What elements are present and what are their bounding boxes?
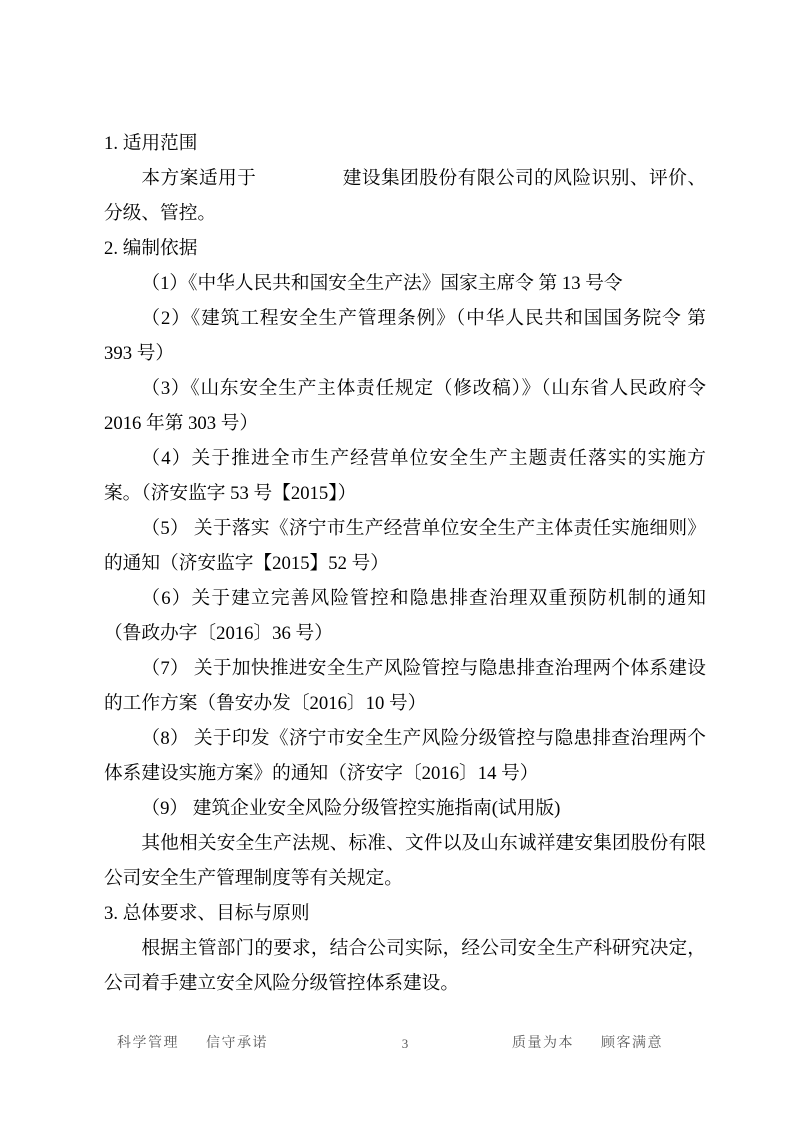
redacted-company-name-gap	[256, 183, 342, 184]
footer-slogan-right-2: 顾客满意	[601, 1036, 663, 1051]
reference-item-8: （8） 关于印发《济宁市安全生产风险分级管控与隐患排查治理两个体系建设实施方案》…	[104, 721, 706, 791]
reference-item-9: （9） 建筑企业安全风险分级管控实施指南(试用版)	[104, 791, 706, 826]
reference-item-1: （1）《中华人民共和国安全生产法》国家主席令 第 13 号令	[104, 266, 706, 301]
paragraph-requirements: 根据主管部门的要求，结合公司实际，经公司安全生产科研究决定，公司着手建立安全风险…	[104, 931, 706, 1001]
reference-item-2: （2）《建筑工程安全生产管理条例》（中华人民共和国国务院令 第 393 号）	[104, 301, 706, 371]
paragraph-other-references: 其他相关安全生产法规、标准、文件以及山东诚祥建安集团股份有限公司安全生产管理制度…	[104, 826, 706, 896]
heading-basis: 2. 编制依据	[104, 231, 706, 266]
page-footer: 科学管理信守承诺 3 质量为本顾客满意	[104, 1031, 706, 1057]
document-page: 1. 适用范围 本方案适用于建设集团股份有限公司的风险识别、评价、分级、管控。 …	[0, 0, 793, 1122]
reference-item-4: （4）关于推进全市生产经营单位安全生产主题责任落实的实施方案。（济安监字 53 …	[104, 441, 706, 511]
reference-item-6: （6）关于建立完善风险管控和隐患排查治理双重预防机制的通知（鲁政办字〔2016〕…	[104, 581, 706, 651]
reference-item-3: （3）《山东安全生产主体责任规定（修改稿）》（山东省人民政府令 2016 年第 …	[104, 371, 706, 441]
scope-text-before: 本方案适用于	[141, 168, 256, 189]
heading-scope: 1. 适用范围	[104, 126, 706, 161]
footer-slogan-right-1: 质量为本	[512, 1036, 574, 1051]
document-body: 1. 适用范围 本方案适用于建设集团股份有限公司的风险识别、评价、分级、管控。 …	[104, 126, 706, 1001]
footer-right-slogans: 质量为本顾客满意	[512, 1031, 663, 1057]
reference-item-5: （5） 关于落实《济宁市生产经营单位安全生产主体责任实施细则》的通知（济安监字【…	[104, 511, 706, 581]
paragraph-scope: 本方案适用于建设集团股份有限公司的风险识别、评价、分级、管控。	[104, 161, 706, 231]
reference-item-7: （7） 关于加快推进安全生产风险管控与隐患排查治理两个体系建设的工作方案（鲁安办…	[104, 651, 706, 721]
heading-requirements: 3. 总体要求、目标与原则	[104, 896, 706, 931]
